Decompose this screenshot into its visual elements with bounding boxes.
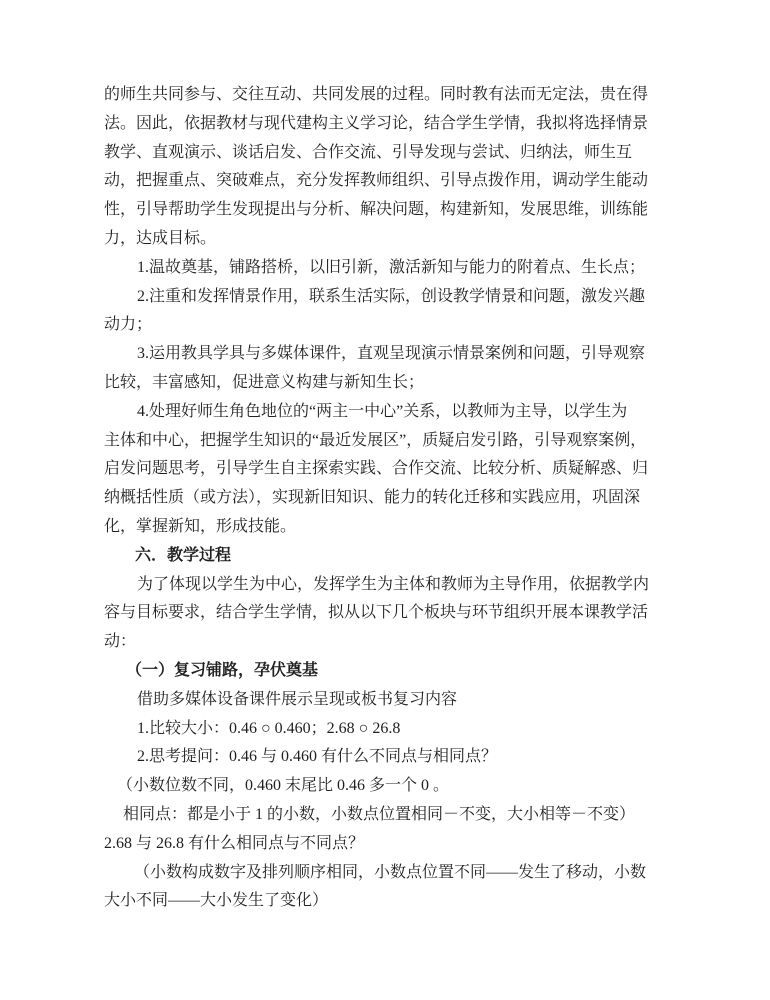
doc-line: （小数构成数字及排列顺序相同，小数点位置不同——发生了移动，小数 (104, 859, 684, 888)
document-page: 的师生共同参与、交往互动、共同发展的过程。同时教有法而无定法，贵在得 法。因此，… (0, 0, 770, 1000)
doc-line: 相同点：都是小于 1 的小数，小数点位置相同－不变，大小相等－不变） (104, 801, 684, 830)
doc-line: 比较，丰富感知，促进意义构建与新知生长； (104, 369, 684, 398)
doc-line: 借助多媒体设备课件展示呈现或板书复习内容 (104, 686, 684, 715)
doc-line: 化，掌握新知，形成技能。 (104, 513, 684, 542)
doc-line: 主体和中心，把握学生知识的“最近发展区”，质疑启发引路，引导观察案例， (104, 427, 684, 456)
doc-line: 法。因此，依据教材与现代建构主义学习论，结合学生学情，我拟将选择情景 (104, 110, 684, 139)
section-heading: 六．教学过程 (104, 542, 684, 571)
doc-line: 4.处理好师生角色地位的“两主一中心”关系，以教师为主导，以学生为 (104, 398, 684, 427)
doc-line: 性，引导帮助学生发现提出与分析、解决问题，构建新知，发展思维，训练能 (104, 196, 684, 225)
doc-line: 教学、直观演示、谈话启发、合作交流、引导发现与尝试、归纳法，师生互 (104, 139, 684, 168)
document-text-block: 的师生共同参与、交往互动、共同发展的过程。同时教有法而无定法，贵在得 法。因此，… (104, 81, 684, 916)
subsection-heading: （一）复习铺路，孕伏奠基 (104, 657, 684, 686)
doc-line: 2.68 与 26.8 有什么相同点与不同点？ (104, 830, 684, 859)
doc-line: 1.温故奠基，铺路搭桥，以旧引新，激活新知与能力的附着点、生长点； (104, 254, 684, 283)
doc-line: 启发问题思考，引导学生自主探索实践、合作交流、比较分析、质疑解惑、归 (104, 455, 684, 484)
doc-line: 纳概括性质（或方法），实现新旧知识、能力的转化迁移和实践应用，巩固深 (104, 484, 684, 513)
doc-line: 动力； (104, 311, 684, 340)
doc-line: 2.思考提问：0.46 与 0.460 有什么不同点与相同点？ (104, 743, 684, 772)
doc-line: 容与目标要求，结合学生学情，拟从以下几个板块与环节组织开展本课教学活 (104, 599, 684, 628)
doc-line: 的师生共同参与、交往互动、共同发展的过程。同时教有法而无定法，贵在得 (104, 81, 684, 110)
doc-line: 力，达成目标。 (104, 225, 684, 254)
doc-line: 3.运用教具学具与多媒体课件，直观呈现演示情景案例和问题，引导观察 (104, 340, 684, 369)
doc-line: 动： (104, 628, 684, 657)
doc-line: 大小不同——大小发生了变化） (104, 887, 684, 916)
doc-line: 动，把握重点、突破难点，充分发挥教师组织、引导点拨作用，调动学生能动 (104, 167, 684, 196)
doc-line: （小数位数不同，0.460 末尾比 0.46 多一个 0 。 (104, 772, 684, 801)
doc-line: 为了体现以学生为中心，发挥学生为主体和教师为主导作用，依据教学内 (104, 571, 684, 600)
doc-line: 2.注重和发挥情景作用，联系生活实际，创设教学情景和问题，激发兴趣 (104, 283, 684, 312)
doc-line-compare-exercise: 1.比较大小：0.46 ○ 0.460；2.68 ○ 26.8 (104, 715, 684, 744)
